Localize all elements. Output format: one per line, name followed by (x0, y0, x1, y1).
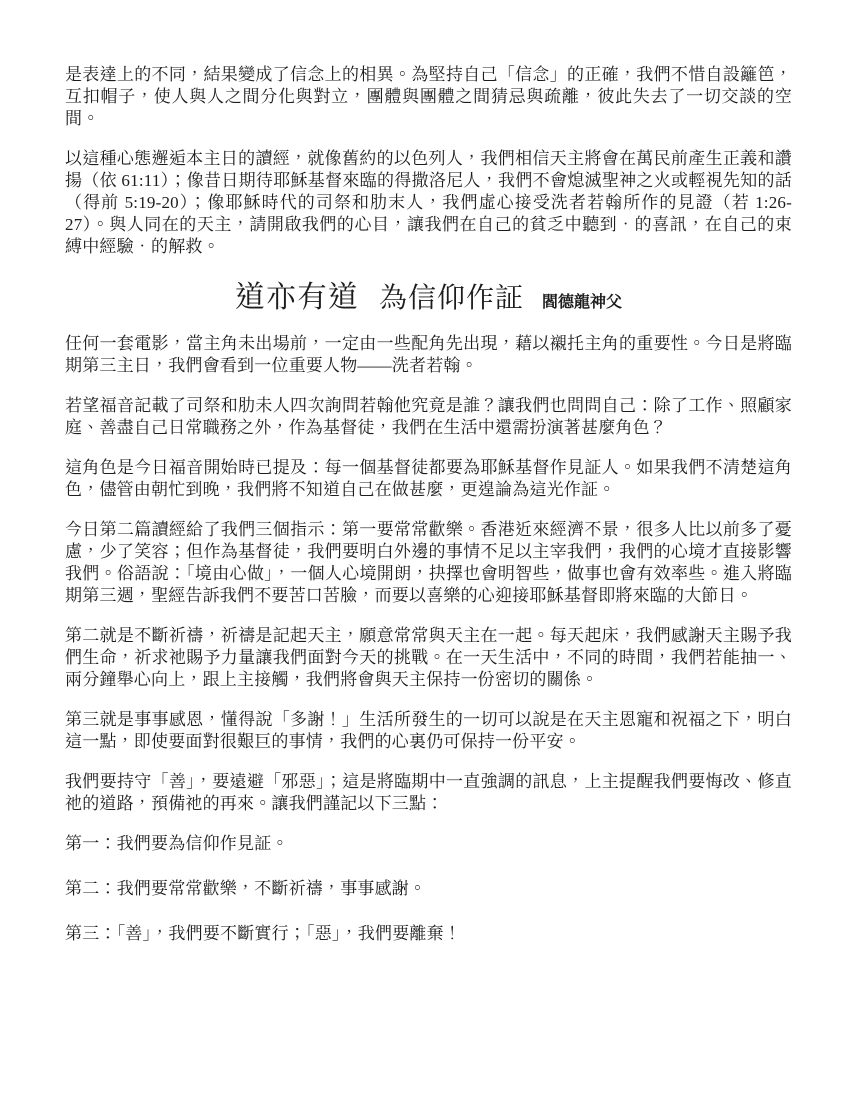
article-paragraph-1: 任何一套電影，當主角未出場前，一定由一些配角先出現，藉以襯托主角的重要性。今日是… (65, 333, 792, 377)
article-paragraph-5: 第二就是不斷祈禱，祈禱是記起天主，願意常常與天主在一起。每天起床，我們感謝天主賜… (65, 625, 792, 691)
summary-point-2: 第二：我們要常常歡樂，不斷祈禱，事事感謝。 (65, 878, 792, 900)
intro-paragraph-1: 是表達上的不同，結果變成了信念上的相異。為堅持自己「信念」的正確，我們不惜自設籬… (65, 64, 792, 130)
article-paragraph-7: 我們要持守「善」，要遠避「邪惡」；這是將臨期中一直強調的訊息，上主提醒我們要悔改… (65, 771, 792, 815)
article-paragraph-4: 今日第二篇讀經給了我們三個指示：第一要常常歡樂。香港近來經濟不景，很多人比以前多… (65, 519, 792, 607)
article-paragraph-2: 若望福音記載了司祭和肋未人四次詢問若翰他究竟是誰？讓我們也問問自己：除了工作、照… (65, 395, 792, 439)
article-paragraph-3: 這角色是今日福音開始時已提及：每一個基督徒都要為耶穌基督作見証人。如果我們不清楚… (65, 457, 792, 501)
summary-point-1: 第一：我們要為信仰作見証。 (65, 833, 792, 855)
article-author: 閻德龍神父 (542, 294, 622, 311)
intro-paragraph-2: 以這種心態邂逅本主日的讀經，就像舊約的以色列人，我們相信天主將會在萬民前產生正義… (65, 148, 792, 258)
article-title-sub: 為信仰作証 (379, 283, 524, 314)
article-title-main: 道亦有道 (235, 281, 359, 314)
article-headline: 道亦有道 為信仰作証 閻德龍神父 (65, 276, 792, 323)
summary-point-3: 第三：「善」，我們要不斷實行；「惡」，我們要離棄！ (65, 923, 792, 945)
article-paragraph-6: 第三就是事事感恩，懂得說「多謝！」生活所發生的一切可以說是在天主恩寵和祝福之下，… (65, 709, 792, 753)
document-page: 是表達上的不同，結果變成了信念上的相異。為堅持自己「信念」的正確，我們不惜自設籬… (0, 0, 850, 1100)
